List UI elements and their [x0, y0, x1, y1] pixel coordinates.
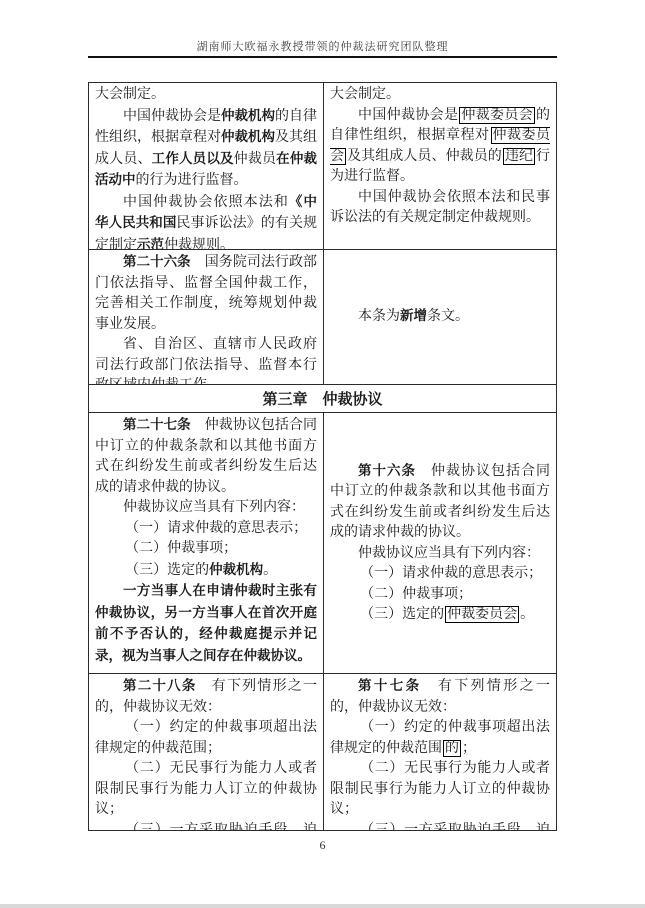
table-cell-right: 第十六条 仲裁协议包括合同中订立的仲裁条款和以其他书面方式在纠纷发生前或者纠纷发… — [323, 413, 556, 673]
text-run: 仲裁员 — [234, 152, 277, 167]
text-run: ； — [462, 741, 476, 756]
table-cell-right: 第十七条 有下列情形之一的，仲裁协议无效：（一）约定的仲裁事项超出法律规定的仲裁… — [323, 674, 556, 830]
bold-text-run: 第十六条 — [358, 463, 416, 478]
bold-text-run: 第十七条 — [358, 678, 421, 693]
paragraph: 第二十七条 仲裁协议包括合同中订立的仲裁条款和以其他书面方式在纠纷发生前或者纠纷… — [95, 415, 317, 498]
paragraph: 仲裁协议应当具有下列内容： — [95, 498, 317, 519]
text-run: 仲裁规则。 — [164, 238, 234, 250]
text-run: （三）一方采取胁迫手段，迫使对 — [95, 823, 317, 831]
paragraph: 中国仲裁协会依照本法和《中华人民共和国民事诉讼法》的有关规定制定示范仲裁规则。 — [95, 192, 317, 250]
page-header-title: 湖南师大欧福永教授带领的仲裁法研究团队整理 — [0, 38, 645, 54]
comparison-row: 第二十六条 国务院司法行政部门依法指导、监督全国仲裁工作，完善相关工作制度，统筹… — [89, 249, 556, 384]
text-run: 中国仲裁协会是 — [123, 109, 221, 124]
text-run: 大会制定。 — [95, 87, 165, 102]
text-run: 及其组成人员、仲裁员的 — [347, 149, 502, 164]
table-cell-right: 大会制定。中国仲裁协会是仲裁委员会的自律性组织，根据章程对仲裁委员会及其组成人员… — [323, 83, 556, 249]
text-run: 本条为 — [358, 309, 400, 324]
table-cell-left: 大会制定。中国仲裁协会是仲裁机构的自律性组织，根据章程对仲裁机构及其组成人员、工… — [89, 83, 323, 249]
text-run: 的行为进行监督。 — [136, 173, 248, 188]
paragraph: （三）一方采取胁迫手段，迫使对 — [95, 821, 317, 831]
text-run: （三）选定的 — [360, 607, 444, 622]
bold-text-run: 第二十八条 — [123, 678, 197, 693]
text-run: （二）无民事行为能力人或者限制民事行为能力人订立的仲裁协议； — [95, 761, 317, 817]
text-run: 。 — [520, 607, 534, 622]
chapter-heading-row: 第三章 仲裁协议 — [89, 384, 556, 412]
paragraph: （二）仲裁事项； — [95, 539, 317, 560]
paragraph: 中国仲裁协会依照本法和民事诉讼法的有关规定制定仲裁规则。 — [330, 188, 550, 229]
paragraph: （一）约定的仲裁事项超出法律规定的仲裁范围； — [95, 718, 317, 759]
table-cell-right: 本条为新增条文。 — [323, 250, 556, 384]
paragraph: 第十六条 仲裁协议包括合同中订立的仲裁条款和以其他书面方式在纠纷发生前或者纠纷发… — [330, 461, 550, 544]
bold-text-run: 新增 — [400, 308, 427, 323]
table-cell-left: 第二十七条 仲裁协议包括合同中订立的仲裁条款和以其他书面方式在纠纷发生前或者纠纷… — [89, 413, 323, 673]
text-run: 条文。 — [427, 309, 469, 324]
paragraph: 省、自治区、直辖市人民政府司法行政部门依法指导、监督本行政区域内仲裁工作。 — [95, 335, 317, 384]
bold-text-run: 一方当事人在申请仲裁时主张有仲裁协议，另一方当事人在首次开庭前不予否认的，经仲裁… — [95, 583, 317, 663]
chapter-heading-cell: 第三章 仲裁协议 — [89, 385, 556, 412]
paragraph: 第十七条 有下列情形之一的，仲裁协议无效： — [330, 676, 550, 718]
paragraph: （二）无民事行为能力人或者限制民事行为能力人订立的仲裁协议； — [95, 759, 317, 821]
bold-text-run: 第二十七条 — [123, 417, 191, 432]
text-run: （三）一方采取胁迫手段，迫使对 — [330, 823, 550, 831]
text-run: 。 — [263, 563, 277, 578]
text-run: 仲裁协议应当具有下列内容： — [123, 500, 305, 515]
text-run: （一）约定的仲裁事项超出法律规定的仲裁范围 — [330, 720, 550, 756]
bold-text-run: 示范 — [137, 237, 164, 250]
boxed-term: 违纪 — [503, 148, 535, 165]
text-run: 中国仲裁协会是 — [358, 108, 458, 123]
text-run: （一）请求仲裁的意思表示； — [360, 566, 542, 581]
comparison-row: 第二十八条 有下列情形之一的，仲裁协议无效：（一）约定的仲裁事项超出法律规定的仲… — [89, 673, 556, 830]
text-run: （二）仲裁事项； — [125, 541, 237, 556]
text-run: （一）请求仲裁的意思表示； — [125, 521, 307, 536]
paragraph: 中国仲裁协会是仲裁机构的自律性组织，根据章程对仲裁机构及其组成人员、工作人员以及… — [95, 106, 317, 192]
paragraph: （三）一方采取胁迫手段，迫使对 — [330, 821, 550, 831]
boxed-term: 仲裁委员会 — [459, 107, 535, 124]
law-comparison-table: 大会制定。中国仲裁协会是仲裁机构的自律性组织，根据章程对仲裁机构及其组成人员、工… — [88, 82, 557, 831]
paragraph: 中国仲裁协会是仲裁委员会的自律性组织，根据章程对仲裁委员会及其组成人员、仲裁员的… — [330, 106, 550, 188]
table-cell-left: 第二十六条 国务院司法行政部门依法指导、监督全国仲裁工作，完善相关工作制度，统筹… — [89, 250, 323, 384]
page-number: 6 — [0, 838, 645, 853]
text-run: 仲裁协议应当具有下列内容： — [358, 546, 540, 561]
paragraph: 大会制定。 — [95, 85, 317, 106]
bold-text-run: 工作人员以及 — [152, 151, 234, 166]
text-run: 省、自治区、直辖市人民政府司法行政部门依法指导、监督本行政区域内仲裁工作。 — [95, 337, 317, 384]
boxed-term: 的 — [443, 740, 461, 757]
paragraph: 第二十八条 有下列情形之一的，仲裁协议无效： — [95, 676, 317, 718]
boxed-term: 仲裁委员会 — [445, 606, 519, 623]
text-run: （二）无民事行为能力人或者限制民事行为能力人订立的仲裁协议； — [330, 761, 550, 817]
paragraph: （二）仲裁事项； — [330, 585, 550, 606]
paragraph: 大会制定。 — [330, 85, 550, 106]
paragraph: 本条为新增条文。 — [330, 306, 550, 328]
paragraph: （三）选定的仲裁机构。 — [95, 560, 317, 582]
text-run: 中国仲裁协会依照本法和民事诉讼法的有关规定制定仲裁规则。 — [330, 190, 550, 226]
paragraph: （三）选定的仲裁委员会。 — [330, 605, 550, 626]
paragraph: （一）请求仲裁的意思表示； — [95, 519, 317, 540]
page-bottom-edge — [0, 904, 645, 908]
text-run: 中国仲裁协会依照本法和 — [123, 195, 289, 210]
header-rule — [88, 56, 557, 58]
comparison-row: 第二十七条 仲裁协议包括合同中订立的仲裁条款和以其他书面方式在纠纷发生前或者纠纷… — [89, 412, 556, 673]
paragraph: （一）请求仲裁的意思表示； — [330, 564, 550, 585]
paragraph: （一）约定的仲裁事项超出法律规定的仲裁范围的； — [330, 718, 550, 759]
text-run: （一）约定的仲裁事项超出法律规定的仲裁范围； — [95, 720, 317, 756]
bold-text-run: 仲裁机构 — [221, 129, 275, 144]
paragraph: （二）无民事行为能力人或者限制民事行为能力人订立的仲裁协议； — [330, 759, 550, 821]
document-page: 湖南师大欧福永教授带领的仲裁法研究团队整理 大会制定。中国仲裁协会是仲裁机构的自… — [0, 0, 645, 908]
text-run: （三）选定的 — [125, 563, 209, 578]
paragraph: 第二十六条 国务院司法行政部门依法指导、监督全国仲裁工作，完善相关工作制度，统筹… — [95, 252, 317, 335]
text-run: （二）仲裁事项； — [360, 587, 472, 602]
bold-text-run: 第二十六条 — [123, 254, 191, 269]
table-cell-left: 第二十八条 有下列情形之一的，仲裁协议无效：（一）约定的仲裁事项超出法律规定的仲… — [89, 674, 323, 830]
chapter-heading: 第三章 仲裁协议 — [262, 388, 382, 409]
comparison-row: 大会制定。中国仲裁协会是仲裁机构的自律性组织，根据章程对仲裁机构及其组成人员、工… — [89, 83, 556, 249]
bold-text-run: 仲裁机构 — [209, 562, 263, 577]
bold-text-run: 仲裁机构 — [221, 108, 275, 123]
paragraph: 一方当事人在申请仲裁时主张有仲裁协议，另一方当事人在首次开庭前不予否认的，经仲裁… — [95, 581, 317, 667]
text-run: 大会制定。 — [330, 87, 400, 102]
paragraph: 仲裁协议应当具有下列内容： — [330, 544, 550, 565]
